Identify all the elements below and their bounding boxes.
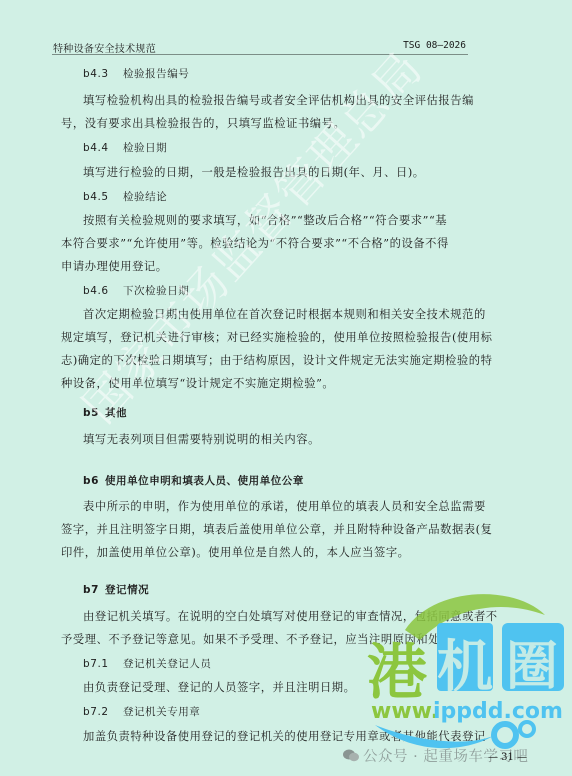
paragraph-line: 种设备，使用单位填写“设计规定不实施定期检验”。 <box>61 376 481 391</box>
section-heading-b4-3: b4.3检验报告编号 <box>83 67 503 82</box>
section-heading-b6: b6使用单位申明和填表人员、使用单位公章 <box>83 474 503 489</box>
section-title: 其他 <box>105 407 127 419</box>
section-heading-b5: b5其他 <box>83 406 503 421</box>
paragraph-line: 号，没有要求出具检验报告的，只填写监检证书编号。 <box>61 116 481 131</box>
page-number: — 31 — <box>488 752 527 763</box>
section-title: 登记机关专用章 <box>123 706 200 718</box>
header-title: 特种设备安全技术规范 <box>53 40 156 55</box>
paragraph-line: 申请办理使用登记。 <box>61 259 481 274</box>
section-heading-b4-6: b4.6下次检验日期 <box>83 284 503 299</box>
wechat-icon <box>343 749 359 762</box>
page-header: 特种设备安全技术规范 TSG 08—2026 <box>52 40 468 55</box>
section-number: b6 <box>83 474 105 489</box>
section-heading-b4-5: b4.5检验结论 <box>83 190 503 205</box>
paragraph-line: 填写检验机构出具的检验报告编号或者安全评估机构出具的安全评估报告编 <box>83 93 503 108</box>
section-title: 检验结论 <box>123 191 167 203</box>
paragraph-line: 填写无表列项目但需要特别说明的相关内容。 <box>83 432 503 447</box>
paragraph-line: 规定填写，登记机关进行审核；对已经实施检验的，使用单位按照检验报告(使用标 <box>61 330 481 345</box>
section-heading-b7-2: b7.2登记机关专用章 <box>83 705 503 720</box>
section-number: b7.2 <box>83 705 123 720</box>
paragraph-line: 表中所示的申明，作为使用单位的承诺，使用单位的填表人员和安全总监需要 <box>83 499 503 514</box>
section-heading-b7: b7登记情况 <box>83 583 503 598</box>
section-heading-b7-1: b7.1登记机关登记人员 <box>83 657 503 672</box>
section-title: 下次检验日期 <box>123 285 189 297</box>
paragraph-line: 填写进行检验的日期，一般是检验报告出具的日期(年、月、日)。 <box>83 165 503 180</box>
section-title: 检验日期 <box>123 142 167 154</box>
section-number: b4.3 <box>83 67 123 82</box>
paragraph-line: 按照有关检验规则的要求填写，如“合格”“整改后合格”“符合要求”“基 <box>83 213 503 228</box>
svg-text:圈: 圈 <box>506 637 558 697</box>
section-number: b4.6 <box>83 284 123 299</box>
section-number: b4.4 <box>83 141 123 156</box>
paragraph-line: 签字，并且注明签字日期，填表后盖使用单位公章，并且附特种设备产品数据表(复 <box>61 522 481 537</box>
section-title: 使用单位申明和填表人员、使用单位公章 <box>105 475 304 487</box>
section-title: 检验报告编号 <box>123 68 189 80</box>
document-page: 特种设备安全技术规范 TSG 08—2026 b4.3检验报告编号 填写检验机构… <box>0 0 572 776</box>
header-code: TSG 08—2026 <box>403 40 466 51</box>
section-number: b7.1 <box>83 657 123 672</box>
paragraph-line: 由登记机关填写。在说明的空白处填写对使用登记的审查情况，包括同意或者不 <box>83 609 503 624</box>
section-number: b5 <box>83 406 105 421</box>
paragraph-line: 加盖负责特种设备使用登记的登记机关的使用登记专用章或者其他能代表登记 <box>83 729 503 744</box>
section-heading-b4-4: b4.4检验日期 <box>83 141 503 156</box>
paragraph-line: 志)确定的下次检验日期填写；由于结构原因，设计文件规定无法实施定期检验的特 <box>61 353 481 368</box>
section-number: b7 <box>83 583 105 598</box>
paragraph-line: 首次定期检验日期由使用单位在首次登记时根据本规则和相关安全技术规范的 <box>83 307 503 322</box>
section-title: 登记情况 <box>105 584 149 596</box>
section-title: 登记机关登记人员 <box>123 658 211 670</box>
section-number: b4.5 <box>83 190 123 205</box>
svg-text:港: 港 <box>367 638 427 708</box>
paragraph-line: 印件，加盖使用单位公章)。使用单位是自然人的，本人应当签字。 <box>61 545 481 560</box>
paragraph-line: 本符合要求”“允许使用”等。检验结论为“不符合要求”“不合格”的设备不得 <box>61 236 481 251</box>
paragraph-line: 由负责登记受理、登记的人员签字，并且注明日期。 <box>83 680 503 695</box>
paragraph-line: 予受理、不予登记等意见。如果不予受理、不予登记，应当注明原因和处理情况。 <box>61 632 481 647</box>
